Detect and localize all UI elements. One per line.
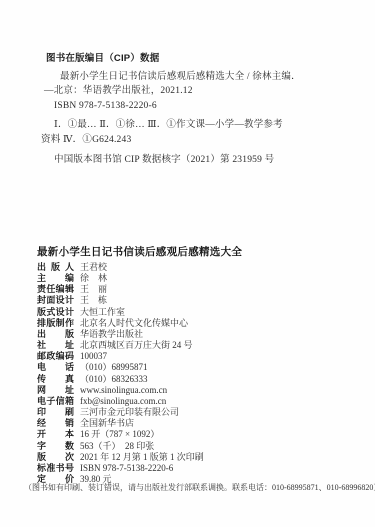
colophon-label: 邮政编码: [37, 351, 74, 362]
colophon-label: 主编: [37, 273, 74, 284]
colophon-row: 责任编辑王 丽: [37, 284, 355, 295]
cip-line-title-statement: 最新小学生日记书信读后感观后感精选大全 / 徐林主编．: [60, 70, 347, 85]
colophon-row: 排版制作北京名人时代文化传媒中心: [37, 318, 355, 329]
colophon-value: 王 栋: [80, 295, 107, 305]
colophon-value: 三河市金元印装有限公司: [80, 407, 179, 417]
colophon-value: 王君校: [80, 262, 107, 272]
colophon-label: 出版人: [37, 262, 74, 273]
colophon-row: 传真（010）68326333: [37, 374, 355, 385]
colophon-row: 出版华语教学出版社: [37, 329, 355, 340]
colophon-value: 北京名人时代文化传媒中心: [80, 318, 188, 328]
colophon-label: 电话: [37, 362, 74, 373]
colophon-value: 563（千） 28 印张: [80, 441, 154, 451]
colophon-label: 出版: [37, 329, 74, 340]
colophon-row: 开本16 开（787 × 1092）: [37, 429, 355, 440]
colophon-row: 经销全国新华书店: [37, 418, 355, 429]
misprint-exchange-note: （图书如有印刷、装订错误，请与出版社发行部联系调换。联系电话：010-68995…: [24, 483, 363, 493]
colophon-row: 电话（010）68995871: [37, 362, 355, 373]
colophon-label: 版次: [37, 452, 74, 463]
colophon-value: 2021 年 12 月第 1 版第 1 次印刷: [80, 452, 204, 462]
colophon-label: 社址: [37, 340, 74, 351]
colophon-label: 网址: [37, 385, 74, 396]
colophon-label: 封面设计: [37, 295, 74, 306]
colophon-row: 版式设计大恒工作室: [37, 307, 355, 318]
colophon-value: 100037: [80, 351, 107, 361]
colophon-row: 网址www.sinolingua.com.cn: [37, 385, 355, 396]
colophon-value: fxb@sinolingua.com.cn: [80, 396, 166, 406]
colophon-label: 传真: [37, 374, 74, 385]
cip-line-record-number: 中国版本图书馆 CIP 数据核字（2021）第 231959 号: [54, 153, 347, 168]
colophon-label: 经销: [37, 418, 74, 429]
colophon-row: 印刷三河市金元印装有限公司: [37, 407, 355, 418]
colophon-value: 16 开（787 × 1092）: [80, 429, 159, 439]
colophon-value: 徐 林: [80, 273, 107, 283]
colophon-value: 大恒工作室: [80, 307, 125, 317]
colophon-value: （010）68326333: [80, 374, 148, 384]
cip-line-classification-1: Ⅰ．①最… Ⅱ．①徐… Ⅲ．①作文课—小学—教学参考: [54, 118, 347, 133]
cip-line-imprint: —北京：华语教学出版社，2021.12: [44, 84, 347, 99]
colophon-label: 电子信箱: [37, 396, 74, 407]
colophon-row: 封面设计王 栋: [37, 295, 355, 306]
colophon-value: 王 丽: [80, 284, 107, 294]
copyright-page: 图书在版编目（CIP）数据 最新小学生日记书信读后感观后感精选大全 / 徐林主编…: [0, 0, 375, 527]
colophon-label: 印刷: [37, 407, 74, 418]
cip-line-isbn: ISBN 978-7-5138-2220-6: [54, 99, 347, 114]
colophon-value: 华语教学出版社: [80, 329, 143, 339]
colophon-row: 出版人王君校: [37, 262, 355, 273]
colophon-row: 标准书号ISBN 978-7-5138-2220-6: [37, 463, 355, 474]
cip-heading: 图书在版编目（CIP）数据: [46, 52, 347, 67]
colophon-row: 主编徐 林: [37, 273, 355, 284]
colophon-value: ISBN 978-7-5138-2220-6: [80, 463, 173, 473]
cip-line-classification-2: 资料 Ⅳ．①G624.243: [41, 133, 347, 148]
colophon-value: 北京西城区百万庄大街 24 号: [80, 340, 193, 350]
colophon-label: 字数: [37, 441, 74, 452]
colophon-row: 电子信箱fxb@sinolingua.com.cn: [37, 396, 355, 407]
colophon-label: 标准书号: [37, 463, 74, 474]
colophon-label: 责任编辑: [37, 284, 74, 295]
colophon-value: （010）68995871: [80, 362, 148, 372]
book-title: 最新小学生日记书信读后感观后感精选大全: [37, 244, 242, 259]
colophon-row: 字数563（千） 28 印张: [37, 441, 355, 452]
colophon-list: 出版人王君校主编徐 林责任编辑王 丽封面设计王 栋版式设计大恒工作室排版制作北京…: [37, 262, 355, 485]
colophon-row: 社址北京西城区百万庄大街 24 号: [37, 340, 355, 351]
colophon-value: www.sinolingua.com.cn: [80, 385, 167, 395]
colophon-label: 开本: [37, 429, 74, 440]
colophon-row: 邮政编码100037: [37, 351, 355, 362]
colophon-label: 版式设计: [37, 307, 74, 318]
colophon-value: 全国新华书店: [80, 418, 134, 428]
colophon-row: 版次2021 年 12 月第 1 版第 1 次印刷: [37, 452, 355, 463]
colophon-label: 排版制作: [37, 318, 74, 329]
cip-block: 图书在版编目（CIP）数据 最新小学生日记书信读后感观后感精选大全 / 徐林主编…: [41, 52, 347, 167]
